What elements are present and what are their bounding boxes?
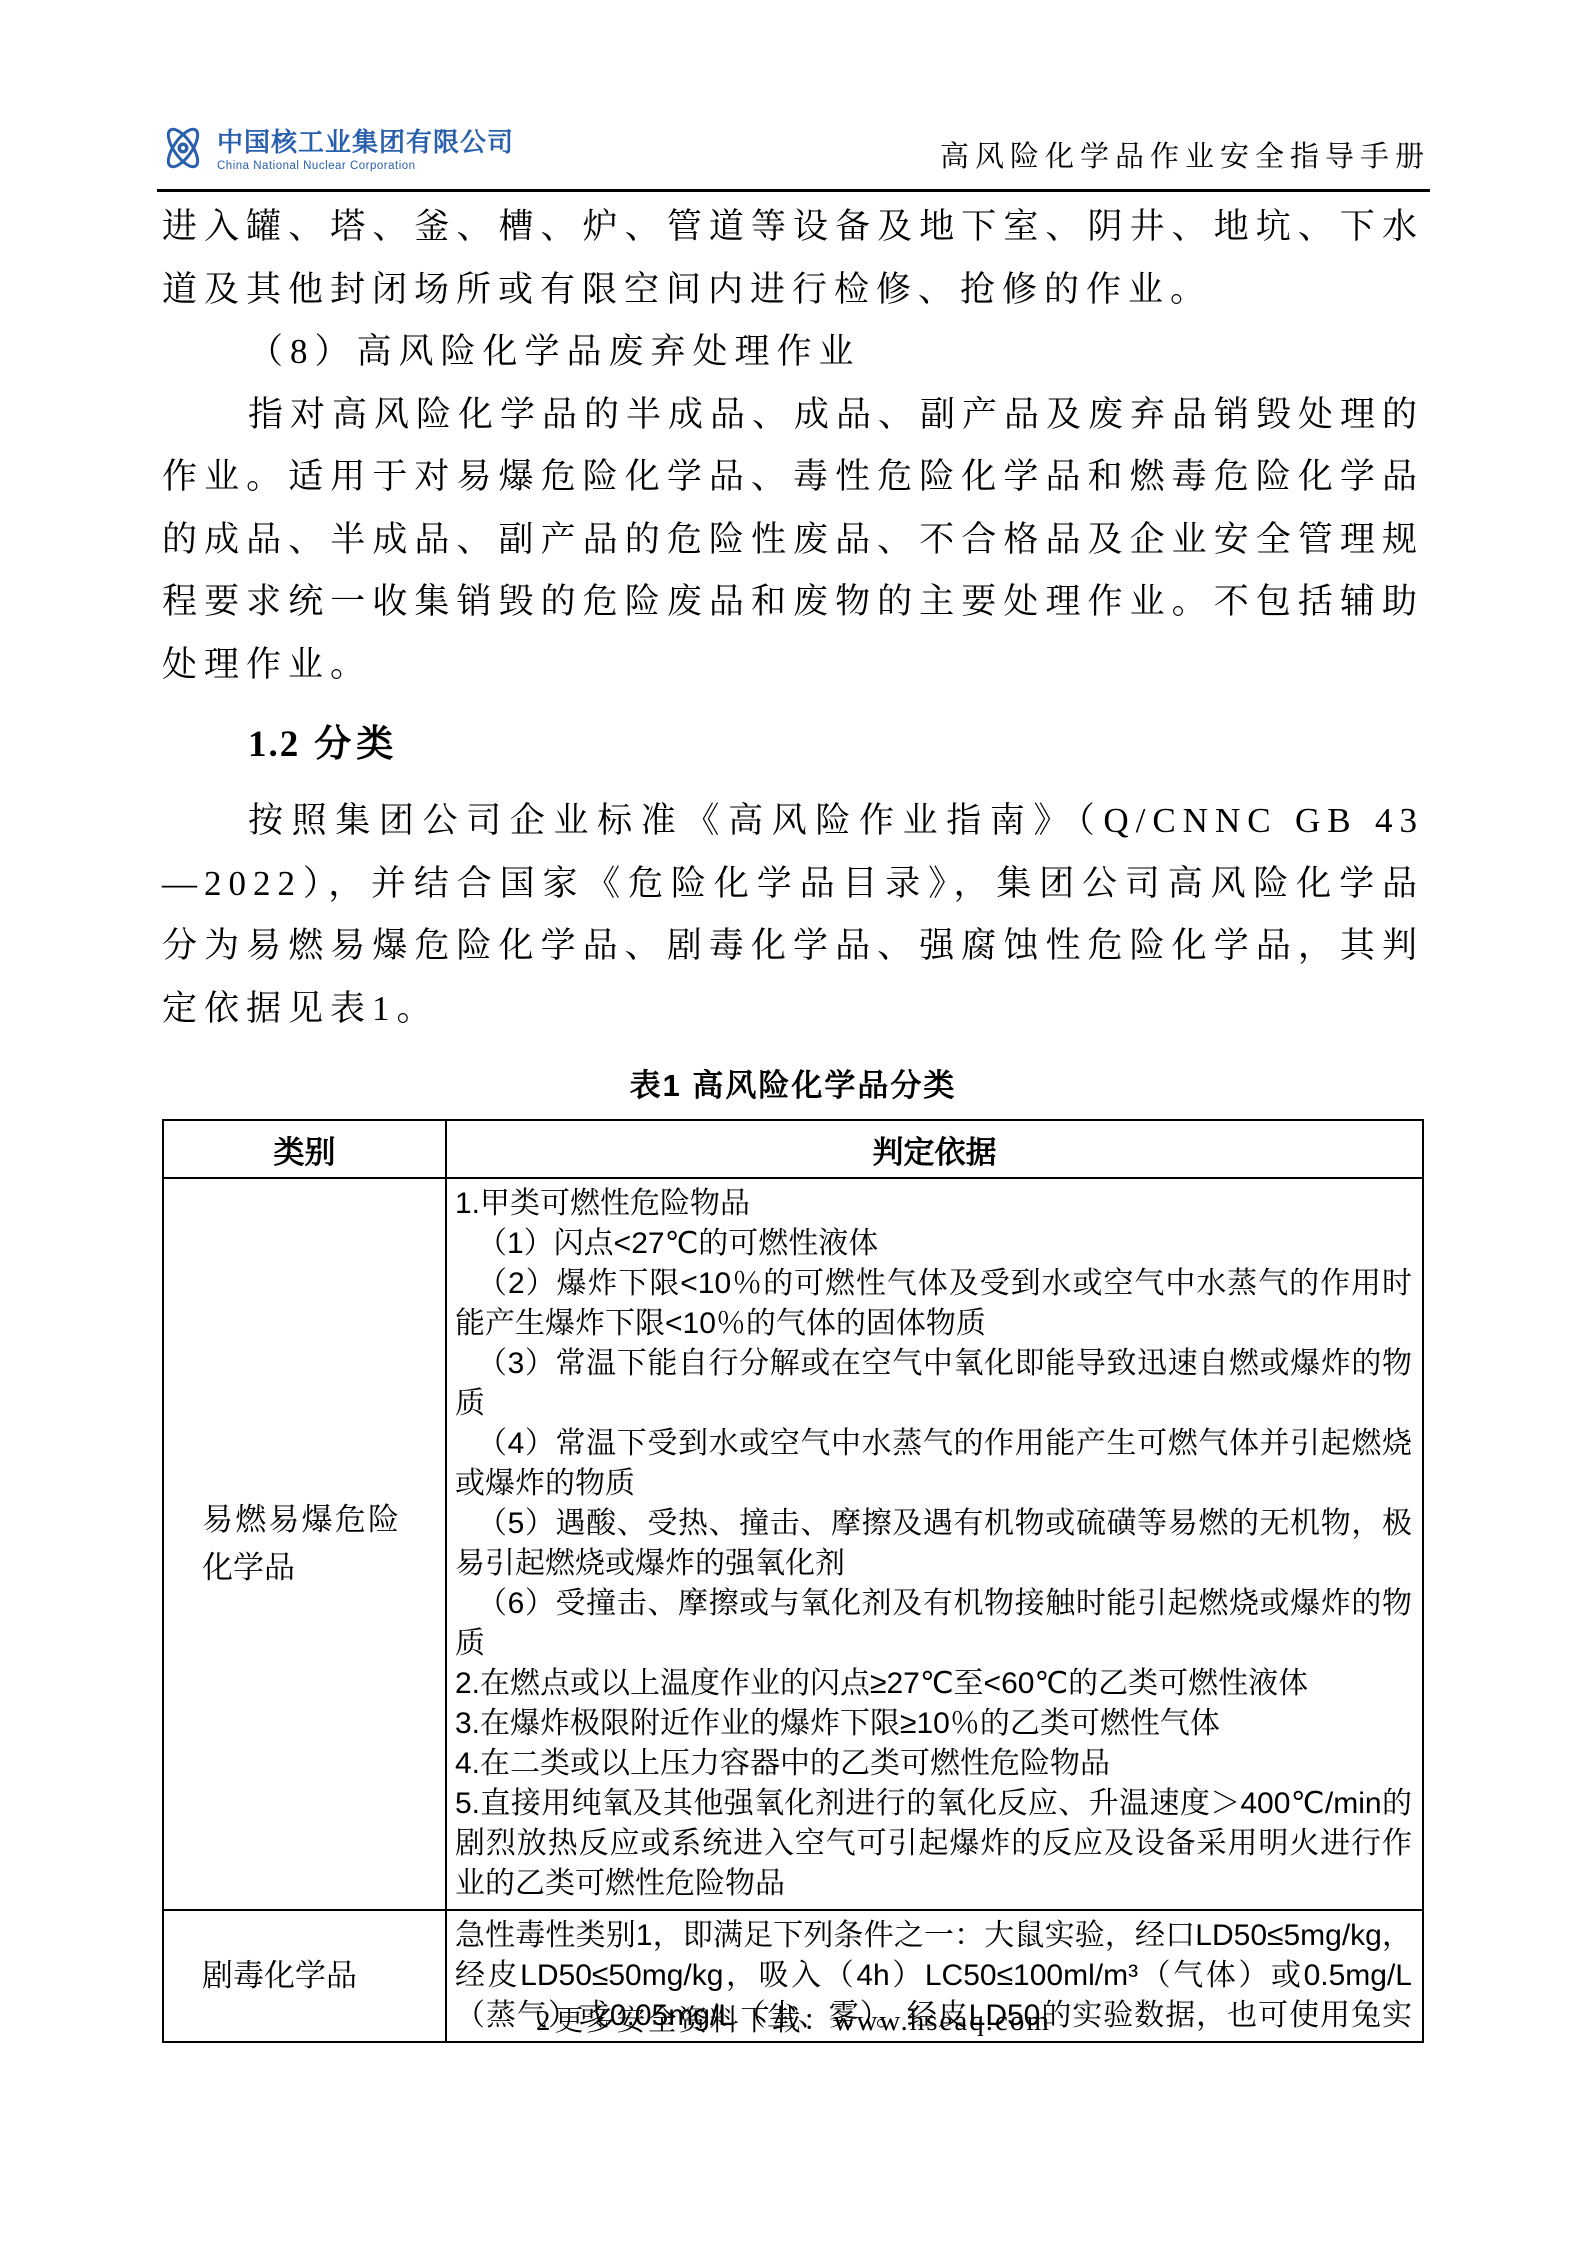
classification-paragraph: 按照集团公司企业标准《高风险作业指南》（Q/CNNC GB 43—2022），并… <box>162 790 1424 1040</box>
table-row: 易燃易爆危险化学品 1.甲类可燃性危险物品（1）闪点<27℃的可燃性液体（2）爆… <box>163 1178 1423 1910</box>
criteria-cell-flammable: 1.甲类可燃性危险物品（1）闪点<27℃的可燃性液体（2）爆炸下限<10％的可燃… <box>446 1178 1423 1910</box>
paragraph-confined-space: 进入罐、塔、釜、槽、炉、管道等设备及地下室、阴井、地坑、下水道及其他封闭场所或有… <box>162 196 1424 321</box>
column-header-category: 类别 <box>163 1120 446 1178</box>
page-footer: 2更多安全资料下载：www.hseaq.com <box>0 1998 1587 2039</box>
cnnc-logo: 中国核工业集团有限公司 China National Nuclear Corpo… <box>157 122 514 179</box>
footer-text: 更多安全资料下载：www.hseaq.com <box>555 2005 1051 2037</box>
table-header-row: 类别 判定依据 <box>163 1120 1423 1178</box>
page-content: 进入罐、塔、釜、槽、炉、管道等设备及地下室、阴井、地坑、下水道及其他封闭场所或有… <box>162 196 1424 2043</box>
org-name-cn: 中国核工业集团有限公司 <box>217 129 514 156</box>
item8-paragraph: 指对高风险化学品的半成品、成品、副产品及废弃品销毁处理的作业。适用于对易爆危险化… <box>162 384 1424 697</box>
org-name-en: China National Nuclear Corporation <box>217 160 514 172</box>
section-heading-1-2: 1.2分类 <box>162 714 1424 776</box>
classification-table: 类别 判定依据 易燃易爆危险化学品 1.甲类可燃性危险物品（1）闪点<27℃的可… <box>162 1119 1424 2043</box>
atom-icon <box>157 122 209 179</box>
logo-text-block: 中国核工业集团有限公司 China National Nuclear Corpo… <box>217 129 514 171</box>
table-caption: 表1 高风险化学品分类 <box>162 1060 1424 1105</box>
document-page: 中国核工业集团有限公司 China National Nuclear Corpo… <box>0 0 1587 2245</box>
page-header: 中国核工业集团有限公司 China National Nuclear Corpo… <box>157 122 1430 192</box>
document-title: 高风险化学品作业安全指导手册 <box>940 134 1430 179</box>
column-header-criteria: 判定依据 <box>446 1120 1423 1178</box>
category-cell-flammable: 易燃易爆危险化学品 <box>163 1178 446 1910</box>
section-number: 1.2 <box>248 724 300 765</box>
section-title: 分类 <box>314 724 398 765</box>
page-number: 2 <box>536 2005 553 2037</box>
item8-heading: （8）高风险化学品废弃处理作业 <box>162 321 1424 384</box>
